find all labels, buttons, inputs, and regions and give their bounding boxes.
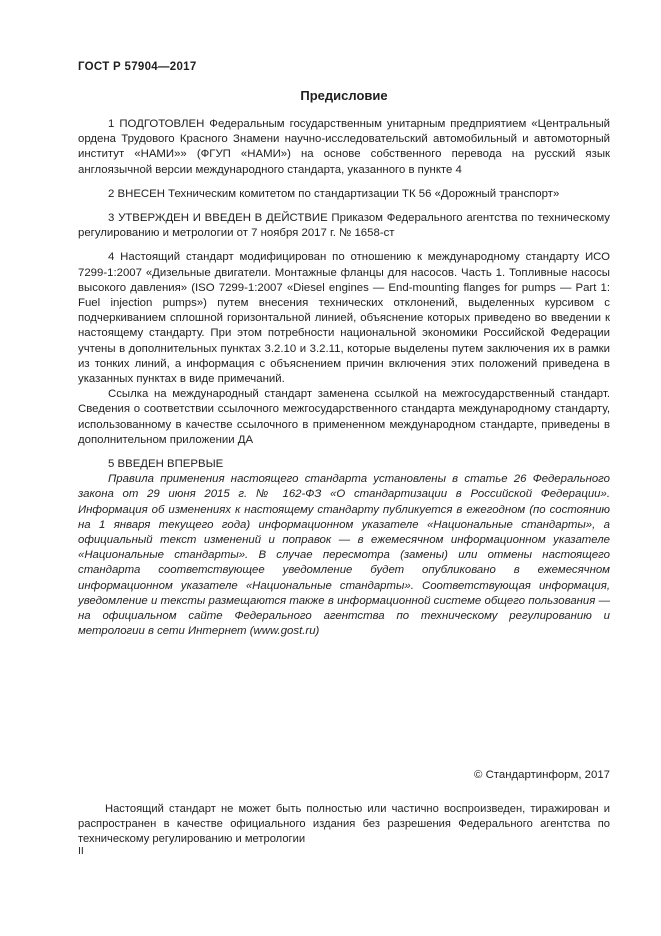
page-title: Предисловие: [78, 88, 610, 103]
distribution-restriction-notice: Настоящий стандарт не может быть полност…: [78, 802, 610, 847]
page-number: II: [78, 845, 84, 857]
legal-application-notice: Правила применения настоящего стандарта …: [78, 472, 610, 639]
copyright-line: © Стандартинформ, 2017: [78, 769, 610, 781]
foreword-reference-note: Ссылка на международный стандарт заменен…: [78, 387, 610, 448]
foreword-item-modified: 4 Настоящий стандарт модифицирован по от…: [78, 250, 610, 387]
document-page: ГОСТ Р 57904—2017 Предисловие 1 ПОДГОТОВ…: [0, 0, 661, 936]
foreword-item-prepared: 1 ПОДГОТОВЛЕН Федеральным государственны…: [78, 117, 610, 178]
foreword-item-first-edition: 5 ВВЕДЕН ВПЕРВЫЕ: [78, 457, 610, 472]
foreword-item-submitted: 2 ВНЕСЕН Техническим комитетом по станда…: [78, 187, 610, 202]
foreword-content: 1 ПОДГОТОВЛЕН Федеральным государственны…: [78, 117, 610, 640]
document-designation: ГОСТ Р 57904—2017: [78, 61, 197, 73]
foreword-item-approved: 3 УТВЕРЖДЕН И ВВЕДЕН В ДЕЙСТВИЕ Приказом…: [78, 211, 610, 241]
